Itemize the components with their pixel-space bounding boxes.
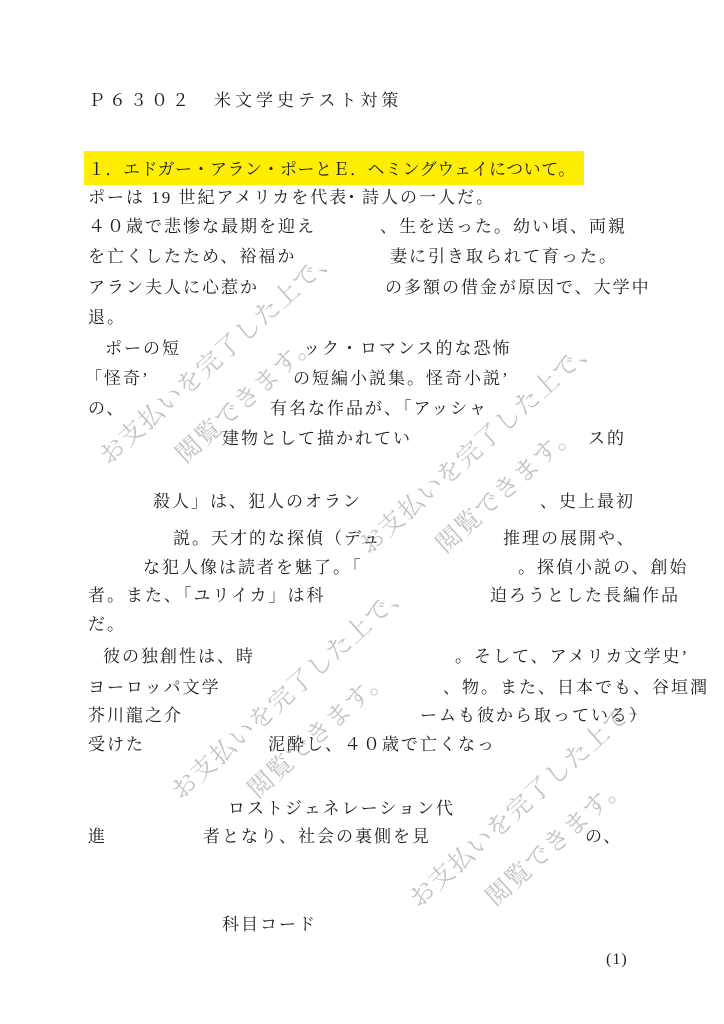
text-segment: ４０歳で悲惨な最期を迎え [88,212,316,237]
body-line: だ。 [0,610,724,636]
section-heading: １．エドガー・アラン・ポーとＥ．ヘミングウェイについて。 [84,151,584,185]
text-segment: 殺人」は、犯人のオラン [153,487,362,512]
text-segment: 。探偵小説の、創始 [518,553,688,578]
text-segment: な犯人像は読者を魅了。「 [143,553,363,578]
text-segment: 、物。また、日本でも、谷垣潤 [443,673,709,698]
body-line: ロストジェネレーション代 [0,794,724,820]
text-segment: 説。天才的な探偵（デュ [173,524,382,549]
body-line: 退。 [0,303,724,329]
text-segment: の多額の借金が原因で、大学中 [385,273,651,298]
text-segment: ック・ロマンス的な恐怖 [303,334,512,359]
body-line: ポーの短 ック・ロマンス的な恐怖 [0,334,724,360]
scanned-document-page: お支払いを完了した上で、 閲覧できます。 お支払いを完了した上で、 閲覧できます… [0,0,724,1024]
text-segment: ロストジェネレーション代 [228,794,455,819]
body-line: アラン夫人に心惹か の多額の借金が原因で、大学中 [0,273,724,299]
body-line: ４０歳で悲惨な最期を迎え 、生を送った。幼い頃、両親 [0,212,724,238]
text-segment: 者。また、「ユリイカ」は科 [88,581,325,606]
text-segment: 、生を送った。幼い頃、両親 [380,212,627,237]
body-line: 建物として描かれてい ス的 [0,424,724,450]
text-segment: ポーの短 [105,334,181,359]
body-line: な犯人像は読者を魅了。「 。探偵小説の、創始 [0,553,724,579]
text-segment: 者となり、社会の裏側を見 [203,822,431,847]
text-segment: ームも彼から取っている） [420,701,648,726]
text-segment: 建物として描かれてい [222,424,412,449]
text-segment: アラン夫人に心惹か [88,273,259,298]
page-title: Ｐ６３０２ 米文学史テスト対策 [88,86,402,111]
text-segment: の短編小説集。怪奇小説’ [293,364,510,389]
text-segment: ヨーロッパ文学 [88,673,221,698]
text-segment: 妻に引き取られて育った。 [390,242,618,267]
text-segment: 推理の展開や、 [503,524,636,549]
text-segment: 受けた [88,730,145,755]
body-line: 芥川龍之介 ームも彼から取っている） [0,701,724,727]
body-line: 進 者となり、社会の裏側を見 の、 [0,822,724,848]
text-segment: 「怪奇’ [85,364,150,389]
text-segment: 彼の独創性は、時 [103,642,255,667]
body-line: 殺人」は、犯人のオラン 、史上最初 [0,487,724,513]
text-segment: 迫ろうとした長編作品 [490,581,680,606]
text-segment: 泥酔し、４０歳で亡くなっ [268,730,496,755]
body-line: 者。また、「ユリイカ」は科 迫ろうとした長編作品 [0,581,724,607]
body-line: 「怪奇’ の短編小説集。怪奇小説’ [0,364,724,390]
text-segment: 進 [88,822,107,847]
body-line: 彼の独創性は、時 。そして、アメリカ文学史’ [0,642,724,668]
text-segment: の、 [585,822,622,847]
text-segment: ・詩人の一人だ。 [343,183,495,208]
body-line: ポーは 19 世紀アメリカを代表 ・詩人の一人だ。 [0,183,724,209]
page-number: (1) [606,951,628,969]
text-segment: を亡くしたため、裕福か [88,242,296,267]
section-heading-text: １．エドガー・アラン・ポーとＥ．ヘミングウェイについて。 [88,160,576,179]
text-segment: 有名な作品が、「アッシャ [270,394,488,419]
text-segment: だ。 [88,610,126,635]
text-segment: 。そして、アメリカ文学史’ [455,642,689,667]
text-segment: 、史上最初 [540,487,635,512]
text-segment: 芥川龍之介 [88,701,183,726]
body-line: ヨーロッパ文学 、物。また、日本でも、谷垣潤 [0,673,724,699]
body-line: 受けた 泥酔し、４０歳で亡くなっ [0,730,724,756]
body-line: を亡くしたため、裕福か 妻に引き取られて育った。 [0,242,724,268]
text-segment: ス的 [588,424,626,449]
text-segment: の、 [88,394,125,419]
text-segment: ポーは 19 世紀アメリカを代表 [88,183,348,208]
text-segment: 退。 [88,303,126,328]
body-line: の、 有名な作品が、「アッシャ [0,394,724,420]
subject-code-label: 科目コード [222,910,317,935]
body-line: 説。天才的な探偵（デュ 推理の展開や、 [0,524,724,550]
